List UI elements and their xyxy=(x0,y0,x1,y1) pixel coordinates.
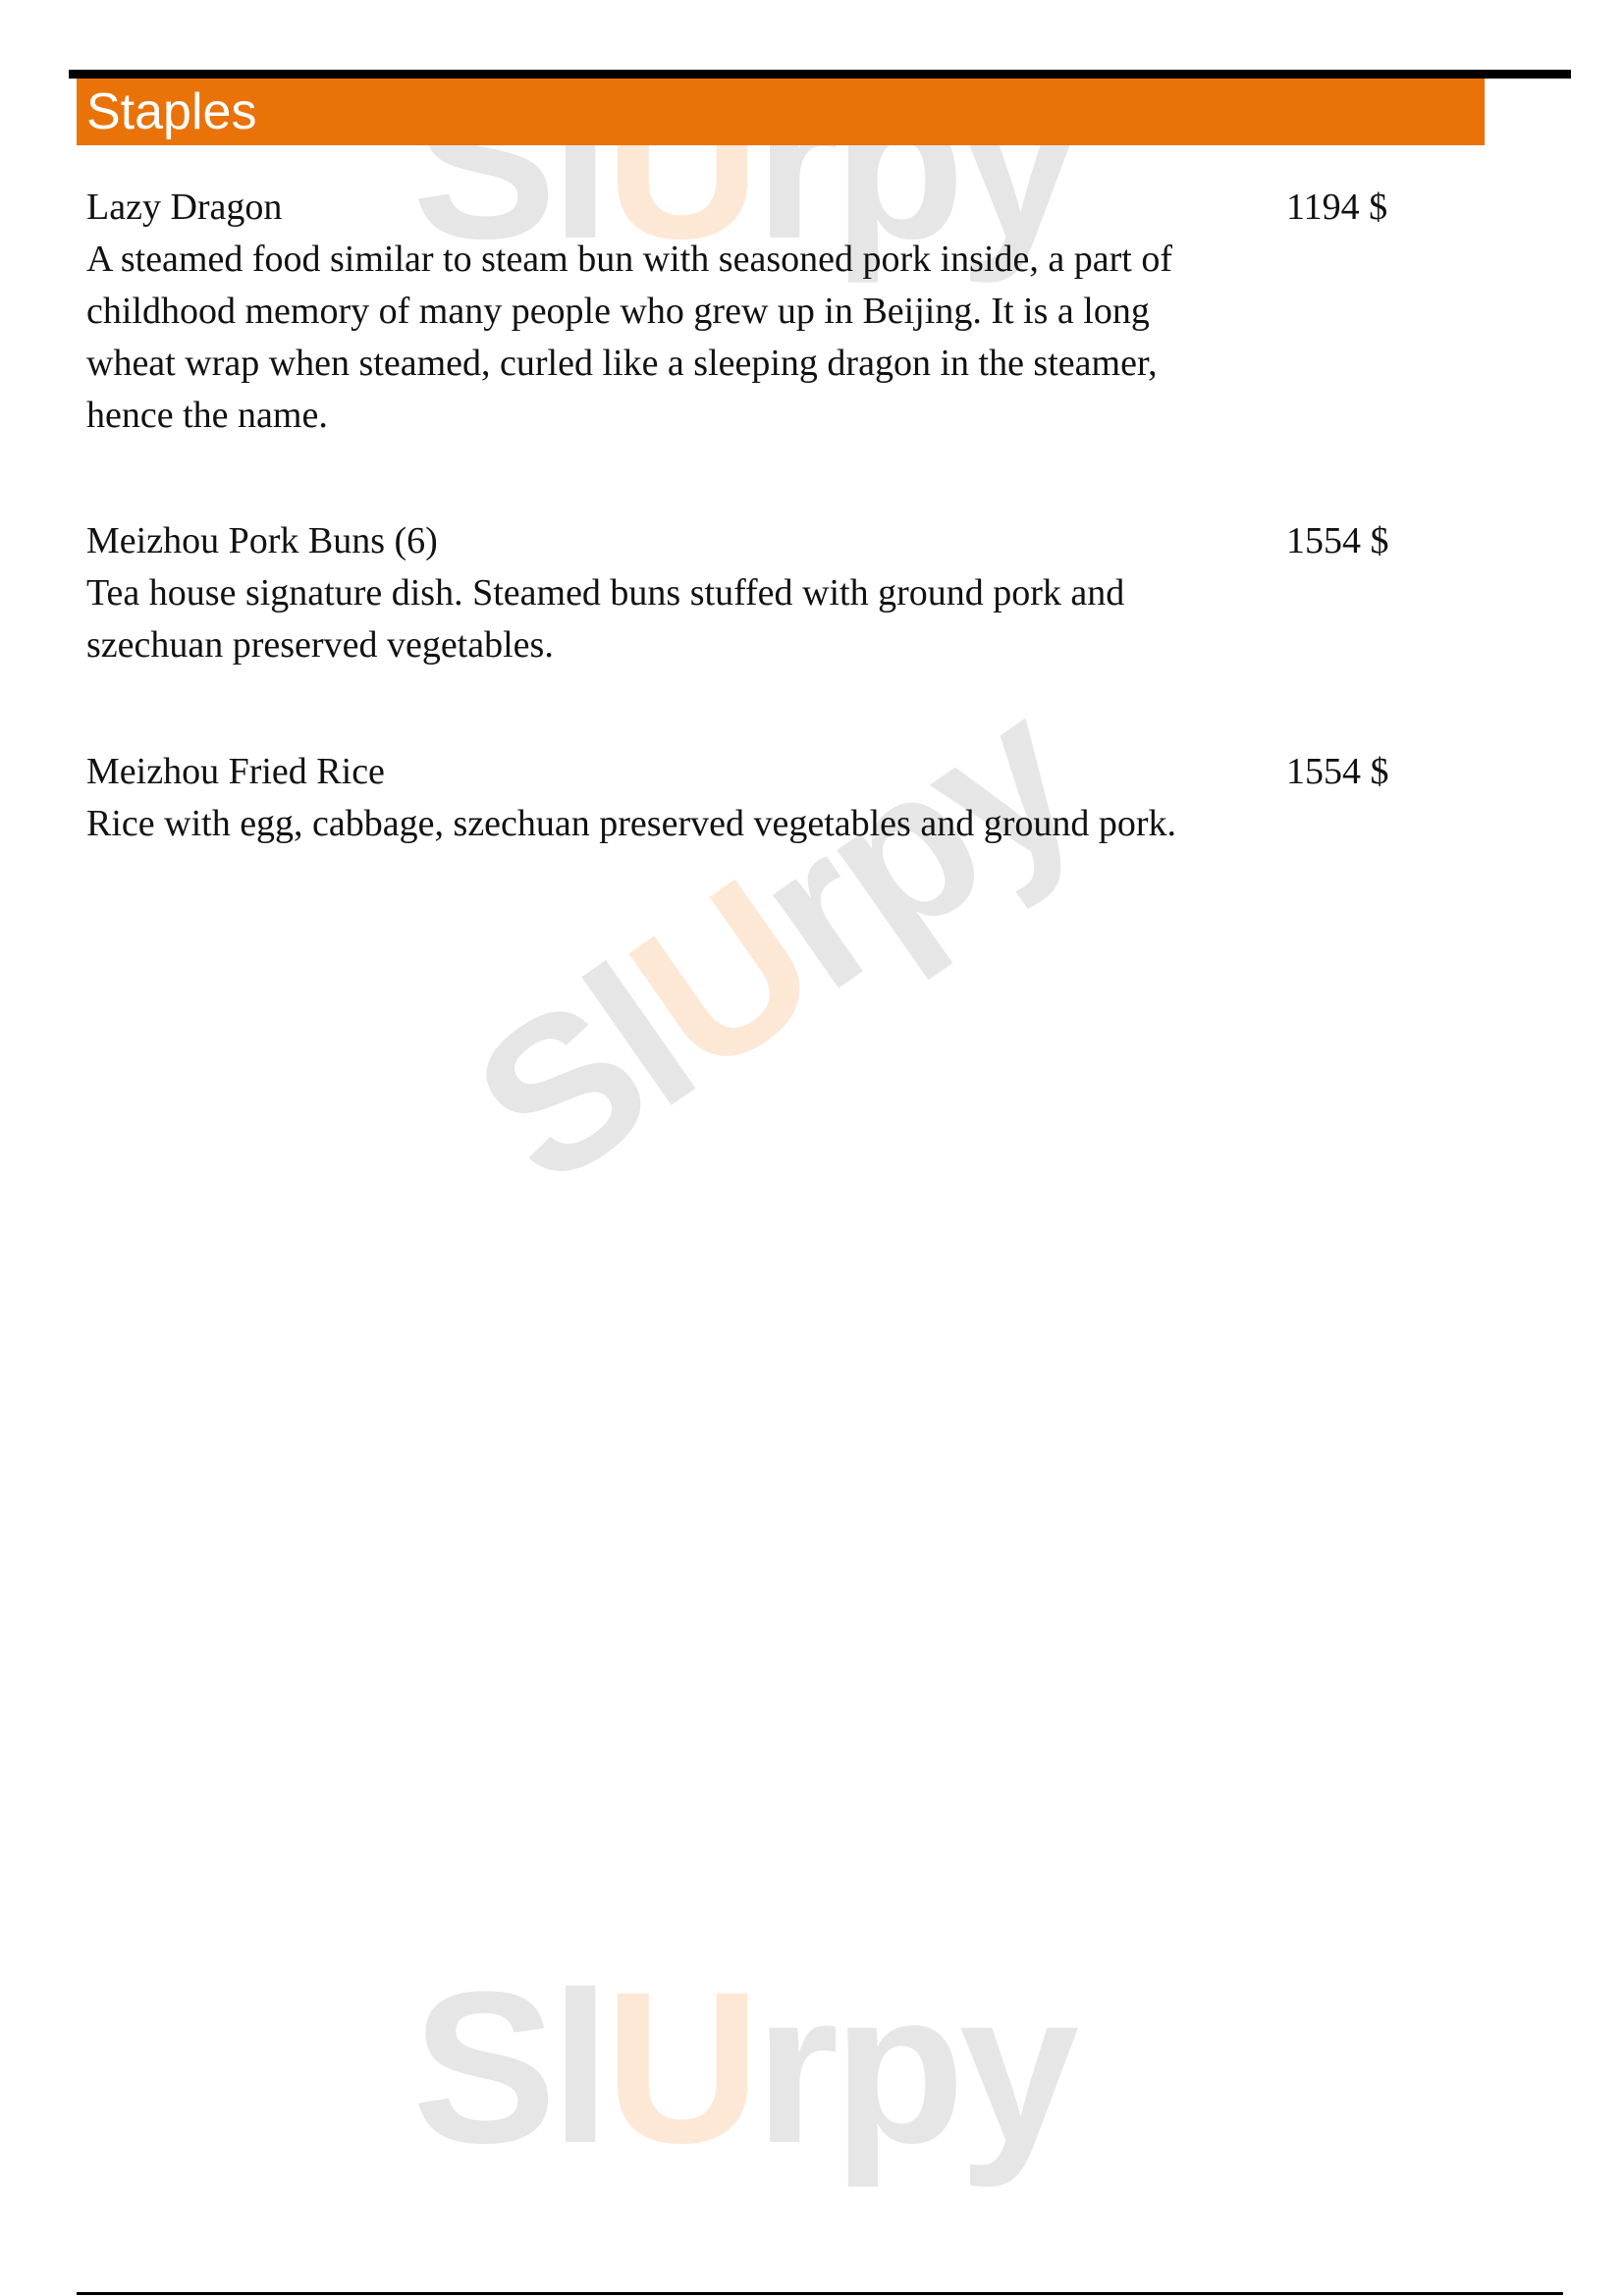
item-description: Tea house signature dish. Steamed buns s… xyxy=(86,567,1245,671)
top-divider xyxy=(69,70,1571,79)
item-description: A steamed food similar to steam bun with… xyxy=(86,234,1245,442)
item-description: Rice with egg, cabbage, szechuan preserv… xyxy=(86,798,1245,850)
watermark-logo: SlUrpy xyxy=(432,652,1116,1234)
item-price: 1554 $ xyxy=(1286,515,1389,567)
item-name: Meizhou Fried Rice xyxy=(86,746,1441,798)
item-price: 1554 $ xyxy=(1286,746,1389,798)
menu-item: Meizhou Pork Buns (6) Tea house signatur… xyxy=(86,515,1441,671)
item-name: Meizhou Pork Buns (6) xyxy=(86,515,1441,567)
section-title: Staples xyxy=(86,82,256,141)
item-price: 1194 $ xyxy=(1286,182,1387,234)
watermark-logo: SlUrpy xyxy=(412,1944,1073,2192)
bottom-divider xyxy=(77,2292,1563,2295)
section-header: Staples xyxy=(77,79,1485,145)
menu-item: Meizhou Fried Rice Rice with egg, cabbag… xyxy=(86,746,1441,850)
menu-item: Lazy Dragon A steamed food similar to st… xyxy=(86,182,1441,442)
item-name: Lazy Dragon xyxy=(86,182,1441,234)
